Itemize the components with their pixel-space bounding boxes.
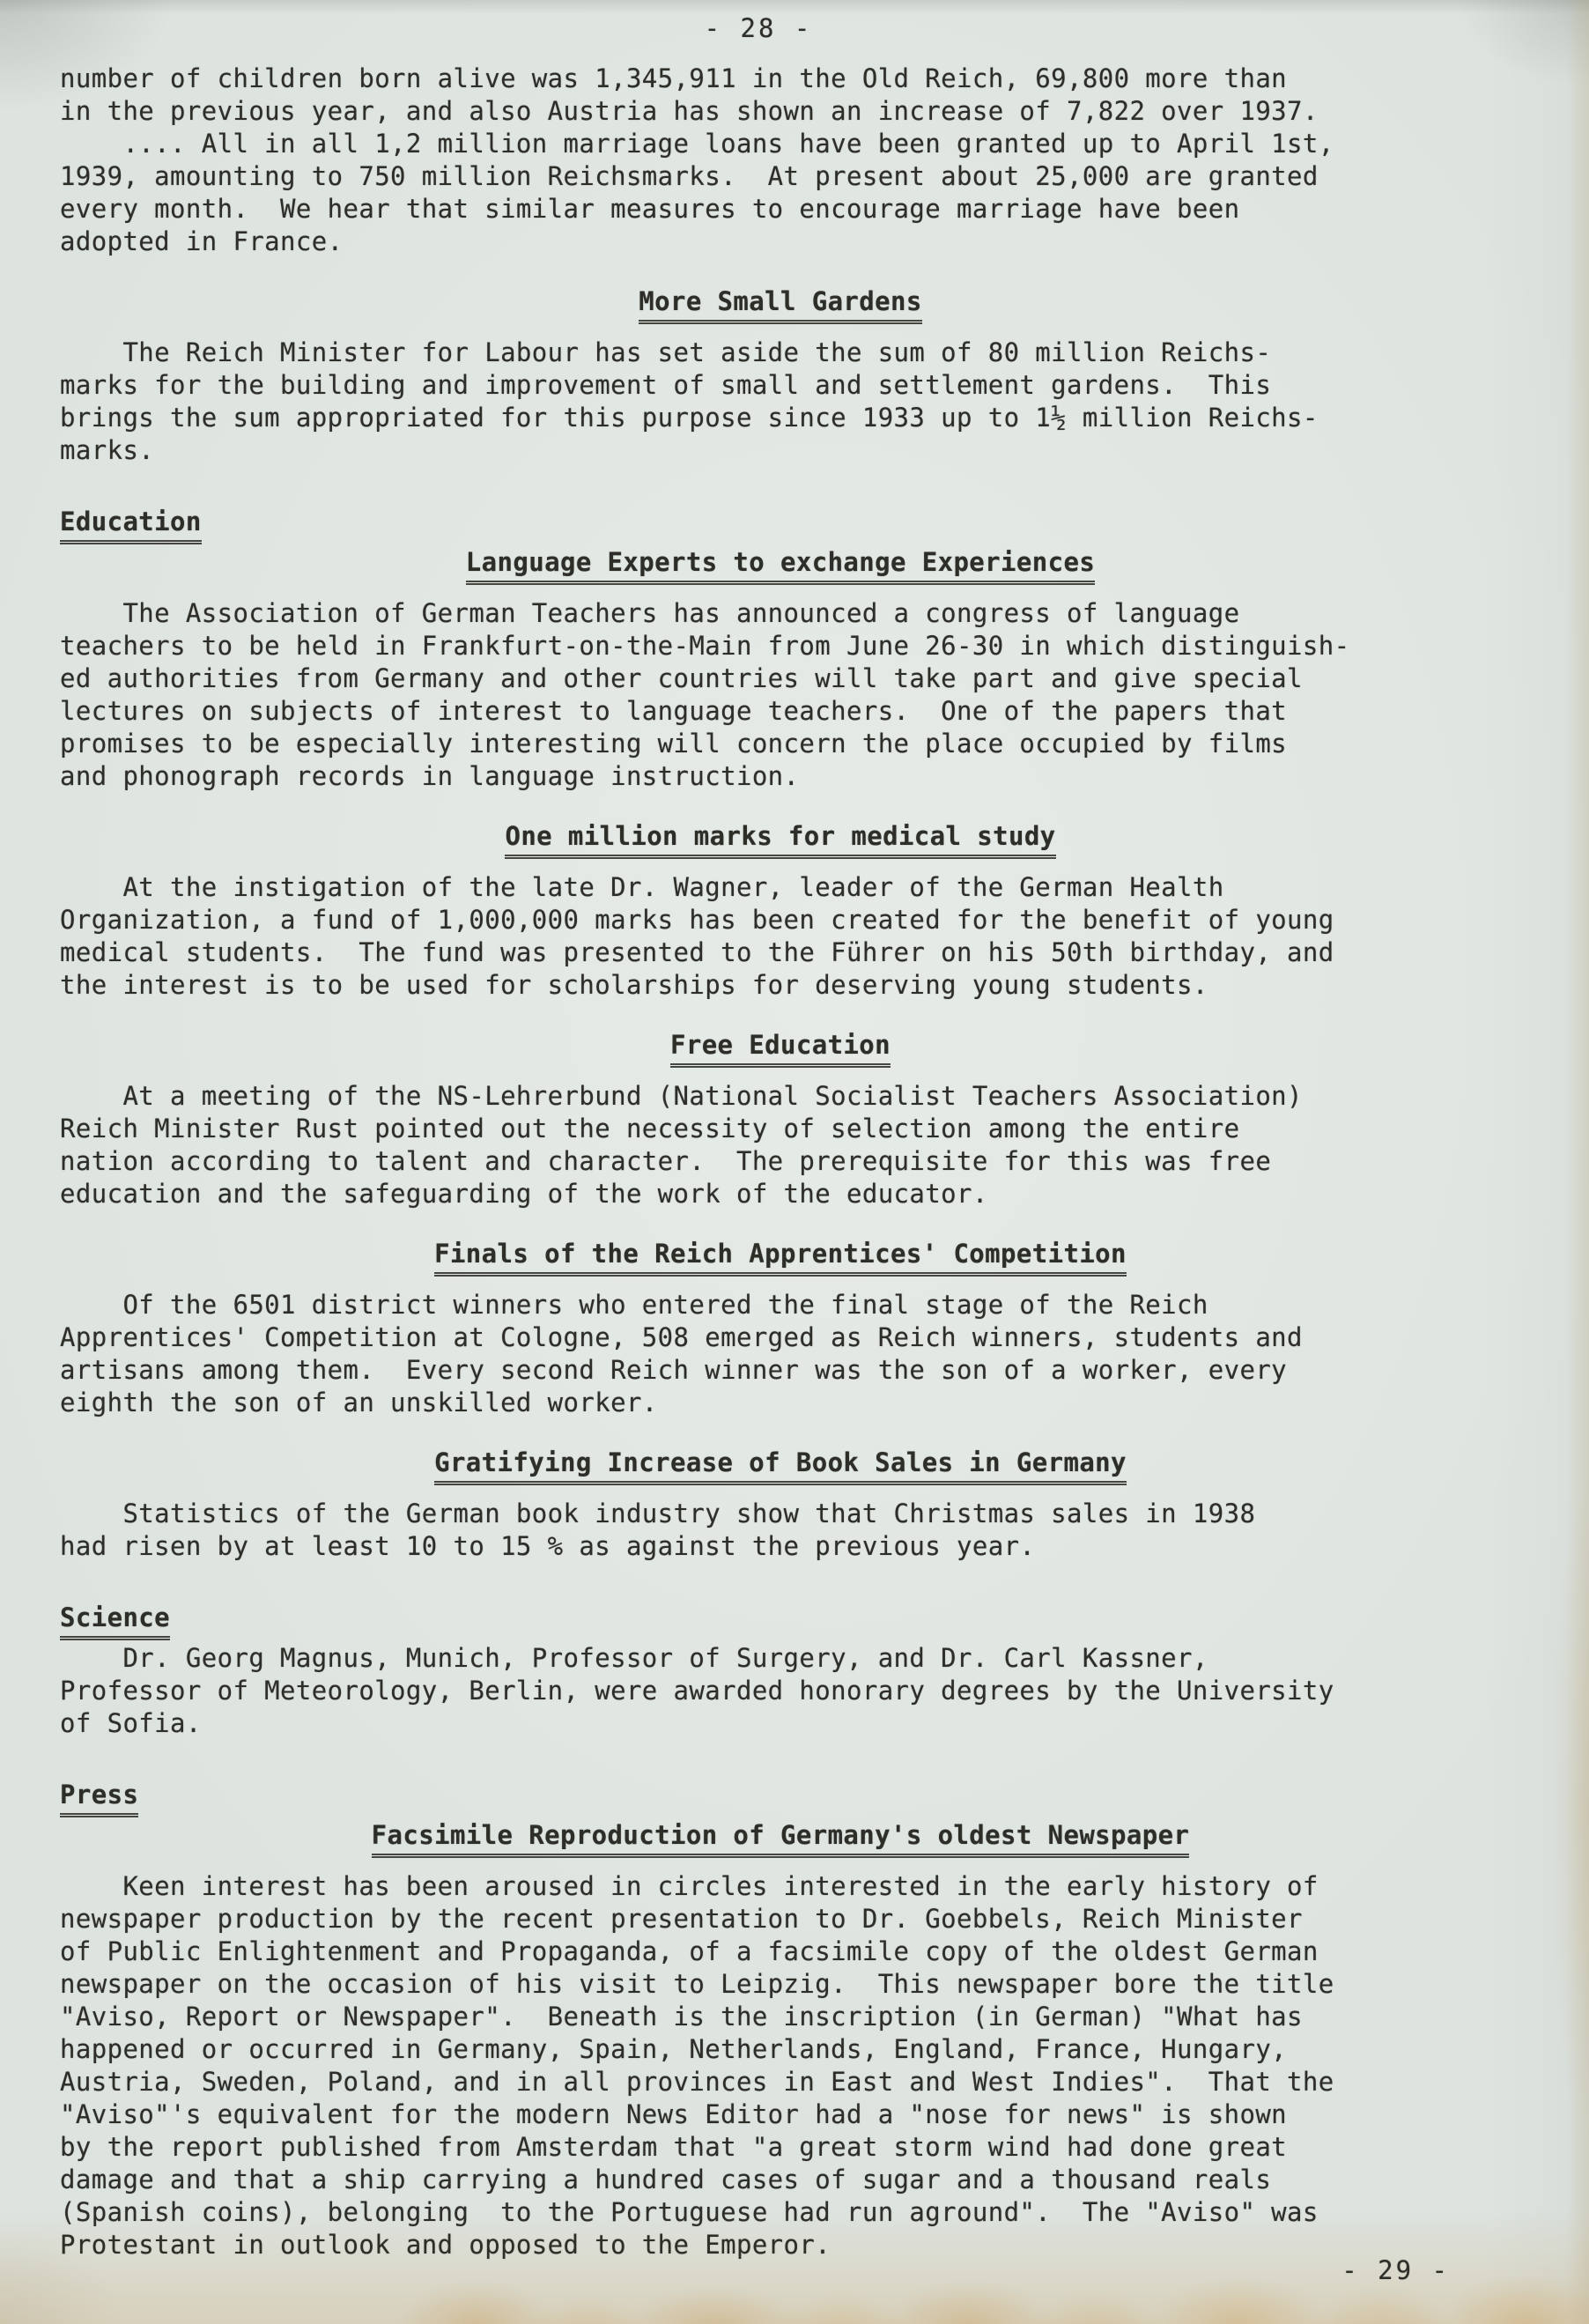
paragraph-line: medical students. The fund was presented…	[60, 936, 1536, 969]
section-paragraph: Statistics of the German book industry s…	[60, 1498, 1536, 1563]
section-paragraph: Dr. Georg Magnus, Munich, Professor of S…	[60, 1642, 1536, 1740]
section-title-label: One million marks for medical study	[505, 820, 1055, 859]
paragraph-line: marks.	[60, 434, 1536, 467]
paragraph-line: happened or occurred in Germany, Spain, …	[60, 2033, 1536, 2066]
section: Free Education At a meeting of the NS-Le…	[60, 1029, 1536, 1210]
section-category-heading: Education	[60, 506, 1536, 544]
paragraph-line: Austria, Sweden, Poland, and in all prov…	[60, 2066, 1536, 2098]
paragraph-line: Organization, a fund of 1,000,000 marks …	[60, 904, 1536, 936]
paragraph-line: number of children born alive was 1,345,…	[60, 63, 1536, 95]
section: One million marks for medical study At t…	[60, 820, 1536, 1002]
paragraph-line: newspaper on the occasion of his visit t…	[60, 1968, 1536, 2001]
paragraph-line: by the report published from Amsterdam t…	[60, 2131, 1536, 2164]
paragraph-line: (Spanish coins), belonging to the Portug…	[60, 2196, 1536, 2229]
section-title-heading: Finals of the Reich Apprentices' Competi…	[60, 1238, 1536, 1277]
section-category-label: Science	[60, 1602, 170, 1640]
paragraph-line: artisans among them. Every second Reich …	[60, 1354, 1536, 1387]
paragraph-line: brings the sum appropriated for this pur…	[60, 402, 1536, 434]
section: Gratifying Increase of Book Sales in Ger…	[60, 1447, 1536, 1563]
paragraph-line: eighth the son of an unskilled worker.	[60, 1387, 1536, 1419]
paragraph-line: in the previous year, and also Austria h…	[60, 95, 1536, 128]
section-title-label: Free Education	[670, 1029, 891, 1068]
paragraph-line: Keen interest has been aroused in circle…	[60, 1870, 1536, 1903]
paragraph-line: Statistics of the German book industry s…	[60, 1498, 1536, 1530]
paragraph-line: Of the 6501 district winners who entered…	[60, 1289, 1536, 1321]
section-paragraph: number of children born alive was 1,345,…	[60, 63, 1536, 258]
section-title-heading: Language Experts to exchange Experiences	[60, 546, 1536, 585]
section: Education Language Experts to exchange E…	[60, 506, 1536, 793]
section: Press Facsimile Reproduction of Germany'…	[60, 1779, 1536, 2261]
section-paragraph: The Reich Minister for Labour has set as…	[60, 337, 1536, 467]
paragraph-line: nation according to talent and character…	[60, 1145, 1536, 1178]
section-title-label: Facsimile Reproduction of Germany's olde…	[372, 1819, 1190, 1858]
section-category-label: Education	[60, 506, 202, 544]
paragraph-line: the interest is to be used for scholarsh…	[60, 969, 1536, 1002]
paragraph-line: damage and that a ship carrying a hundre…	[60, 2164, 1536, 2196]
paragraph-line: Professor of Meteorology, Berlin, were a…	[60, 1675, 1536, 1707]
section-paragraph: At a meeting of the NS-Lehrerbund (Natio…	[60, 1080, 1536, 1210]
section-category-heading: Press	[60, 1779, 1536, 1817]
paragraph-line: had risen by at least 10 to 15 % as agai…	[60, 1530, 1536, 1563]
paragraph-line: of Sofia.	[60, 1707, 1536, 1740]
section-title-label: Gratifying Increase of Book Sales in Ger…	[434, 1447, 1127, 1485]
section-title-label: More Small Gardens	[639, 285, 921, 324]
paragraph-line: At the instigation of the late Dr. Wagne…	[60, 871, 1536, 904]
section-paragraph: At the instigation of the late Dr. Wagne…	[60, 871, 1536, 1002]
paragraph-line: newspaper production by the recent prese…	[60, 1903, 1536, 1935]
document-page: - 28 - number of children born alive was…	[0, 0, 1589, 2324]
section-title-label: Finals of the Reich Apprentices' Competi…	[434, 1238, 1127, 1277]
section: number of children born alive was 1,345,…	[60, 63, 1536, 258]
section: Science Dr. Georg Magnus, Munich, Profes…	[60, 1602, 1536, 1740]
paragraph-line: 1939, amounting to 750 million Reichsmar…	[60, 160, 1536, 193]
paragraph-line: "Aviso, Report or Newspaper". Beneath is…	[60, 2001, 1536, 2033]
section-title-heading: Free Education	[60, 1029, 1536, 1068]
paragraph-line: Reich Minister Rust pointed out the nece…	[60, 1113, 1536, 1145]
paragraph-line: promises to be especially interesting wi…	[60, 728, 1536, 760]
paragraph-line: adopted in France.	[60, 226, 1536, 258]
paragraph-line: and phonograph records in language instr…	[60, 760, 1536, 793]
paragraph-line: of Public Enlightenment and Propaganda, …	[60, 1935, 1536, 1968]
document-body: number of children born alive was 1,345,…	[60, 63, 1536, 2261]
paragraph-line: every month. We hear that similar measur…	[60, 193, 1536, 226]
paragraph-line: Dr. Georg Magnus, Munich, Professor of S…	[60, 1642, 1536, 1675]
paragraph-line: teachers to be held in Frankfurt-on-the-…	[60, 630, 1536, 662]
paragraph-line: marks for the building and improvement o…	[60, 369, 1536, 402]
section-title-label: Language Experts to exchange Experiences	[466, 546, 1095, 585]
section-title-heading: Gratifying Increase of Book Sales in Ger…	[60, 1447, 1536, 1485]
document-content: - 28 - number of children born alive was…	[60, 12, 1536, 2287]
section-paragraph: Of the 6501 district winners who entered…	[60, 1289, 1536, 1419]
paragraph-line: The Association of German Teachers has a…	[60, 597, 1536, 630]
section-title-heading: Facsimile Reproduction of Germany's olde…	[60, 1819, 1536, 1858]
paragraph-line: Apprentices' Competition at Cologne, 508…	[60, 1321, 1536, 1354]
page-header-number: - 28 -	[60, 12, 1536, 45]
section-category-heading: Science	[60, 1602, 1536, 1640]
section: More Small Gardens The Reich Minister fo…	[60, 285, 1536, 467]
paragraph-line: "Aviso"'s equivalent for the modern News…	[60, 2098, 1536, 2131]
section-category-label: Press	[60, 1779, 138, 1817]
section-title-heading: More Small Gardens	[60, 285, 1536, 324]
paragraph-line: education and the safeguarding of the wo…	[60, 1178, 1536, 1210]
paragraph-line: The Reich Minister for Labour has set as…	[60, 337, 1536, 369]
paragraph-line: At a meeting of the NS-Lehrerbund (Natio…	[60, 1080, 1536, 1113]
section: Finals of the Reich Apprentices' Competi…	[60, 1238, 1536, 1419]
section-paragraph: Keen interest has been aroused in circle…	[60, 1870, 1536, 2261]
paragraph-line: lectures on subjects of interest to lang…	[60, 695, 1536, 728]
section-title-heading: One million marks for medical study	[60, 820, 1536, 859]
paragraph-line: ed authorities from Germany and other co…	[60, 662, 1536, 695]
section-paragraph: The Association of German Teachers has a…	[60, 597, 1536, 793]
paragraph-line: .... All in all 1,2 million marriage loa…	[60, 128, 1536, 160]
